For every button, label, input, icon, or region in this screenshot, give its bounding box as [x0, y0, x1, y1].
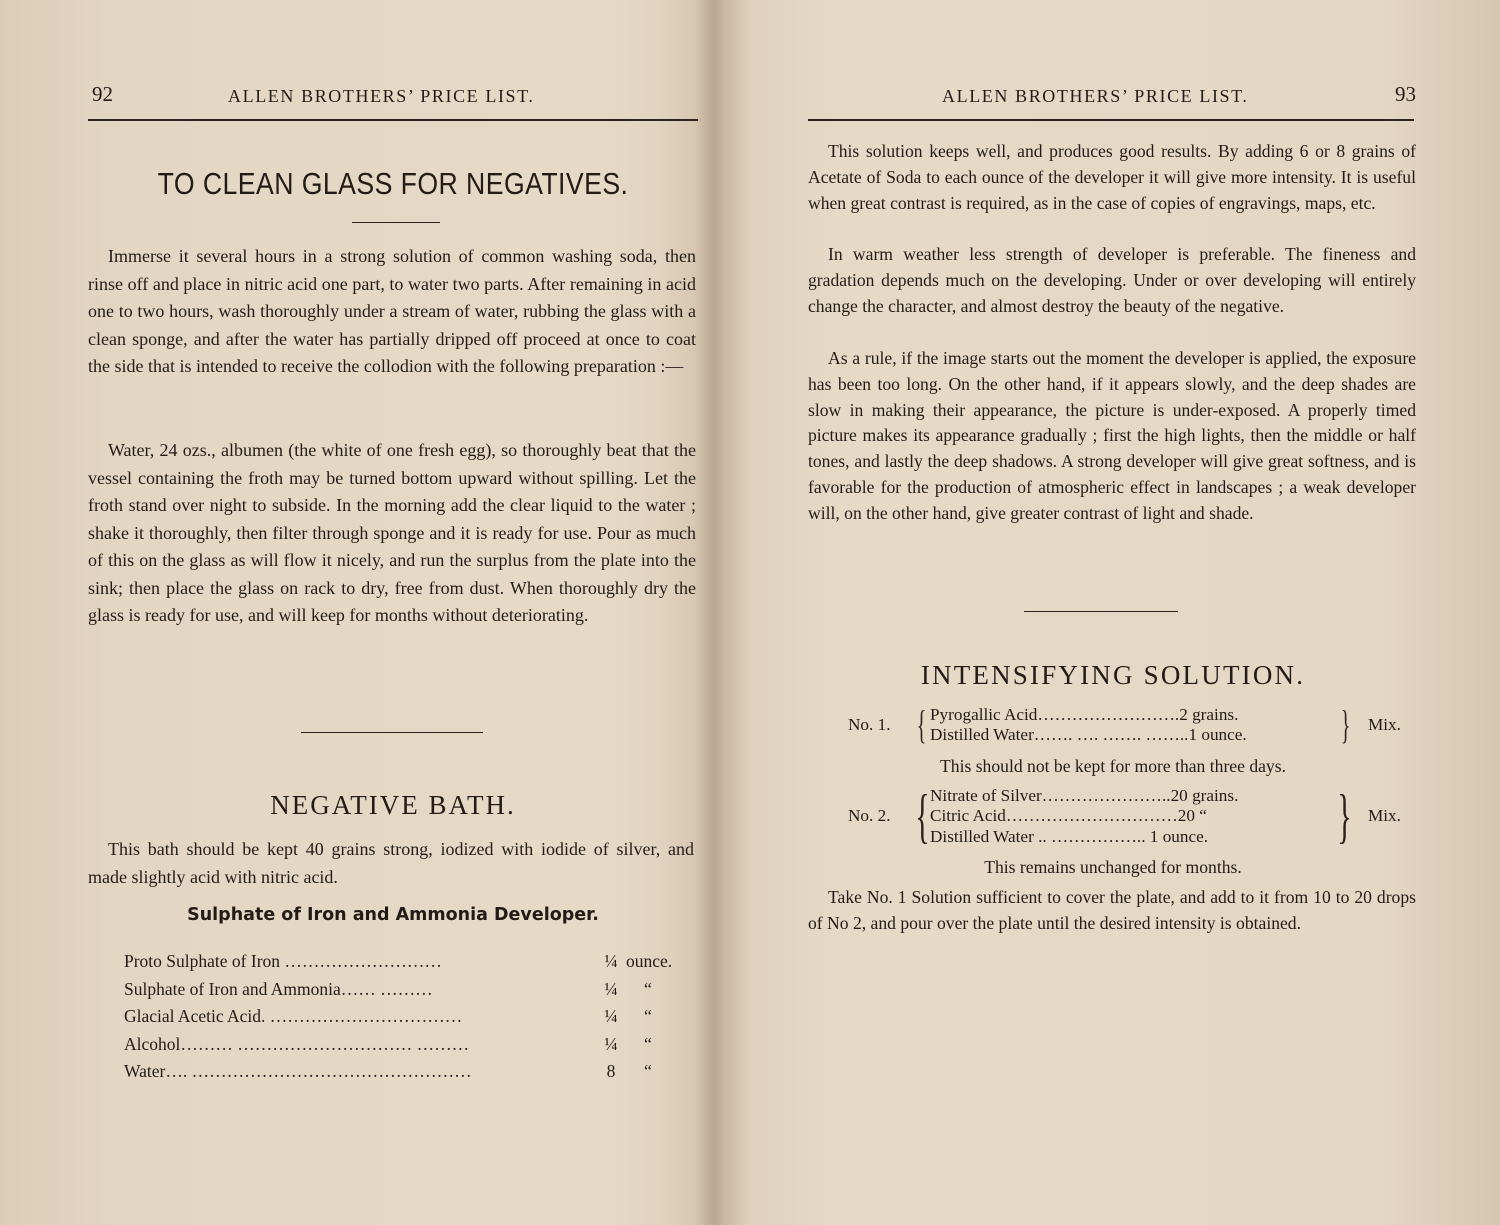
section-title-negative-bath: NEGATIVE BATH. — [88, 790, 698, 821]
recipe-title: Sulphate of Iron and Ammonia Developer. — [88, 905, 698, 925]
running-head-title: ALLEN BROTHERS’ PRICE LIST. — [228, 86, 535, 107]
header-rule — [808, 119, 1414, 121]
ingredient-name: Alcohol……… ………………………… ……… — [124, 1031, 469, 1059]
ingredient-amount: ¼ — [596, 976, 626, 1004]
formula-note: This remains unchanged for months. — [808, 857, 1418, 878]
recipe-row: Sulphate of Iron and Ammonia…… ……… ¼ “ — [124, 976, 654, 1004]
developer-recipe: Proto Sulphate of Iron ……………………… ¼ ounce… — [124, 948, 654, 1086]
left-page: 92 ALLEN BROTHERS’ PRICE LIST. TO CLEAN … — [88, 0, 698, 1225]
page-number: 93 — [1395, 82, 1416, 107]
ingredient-unit: “ — [644, 1031, 652, 1059]
ingredient-amount: 8 — [596, 1058, 626, 1086]
running-head: 92 ALLEN BROTHERS’ PRICE LIST. — [88, 82, 698, 110]
book-spread: 92 ALLEN BROTHERS’ PRICE LIST. TO CLEAN … — [0, 0, 1500, 1225]
ingredient-amount: ¼ — [596, 1031, 626, 1059]
formula-label: No. 2. — [848, 806, 891, 826]
header-rule — [88, 119, 698, 121]
formula-line: Pyrogallic Acid…………………….2 grains. — [930, 705, 1334, 725]
ingredient-unit: “ — [644, 1003, 652, 1031]
formula-line: Nitrate of Silver…………………..20 grains. — [930, 786, 1334, 806]
ingredient-amount: ¼ — [596, 948, 626, 976]
ingredient-amount: ¼ — [596, 1003, 626, 1031]
mix-instruction: Mix. — [1368, 715, 1401, 735]
ingredient-name: Proto Sulphate of Iron ……………………… — [124, 948, 442, 976]
section-divider — [301, 732, 483, 733]
section-divider — [1024, 611, 1178, 612]
recipe-row: Proto Sulphate of Iron ……………………… ¼ ounce… — [124, 948, 654, 976]
right-page: ALLEN BROTHERS’ PRICE LIST. 93 This solu… — [808, 0, 1418, 1225]
section-title-intensifying: INTENSIFYING SOLUTION. — [808, 660, 1418, 691]
left-brace: { — [915, 786, 929, 846]
ingredient-name: Water…. ………………………………………… — [124, 1058, 472, 1086]
formula-note: This should not be kept for more than th… — [808, 756, 1418, 777]
ingredient-name: Glacial Acetic Acid. …………………………… — [124, 1003, 462, 1031]
recipe-row: Water…. ………………………………………… 8 “ — [124, 1058, 654, 1086]
ingredient-unit: ounce. — [626, 948, 672, 976]
formula-label: No. 1. — [848, 715, 891, 735]
ingredient-unit: “ — [644, 976, 652, 1004]
paragraph: Water, 24 ozs., albumen (the white of on… — [88, 437, 696, 630]
paragraph: In warm weather less strength of develop… — [808, 242, 1416, 319]
formula-line: Distilled Water……. …. ……. ……..1 ounce. — [930, 725, 1334, 745]
paragraph: Immerse it several hours in a strong sol… — [88, 243, 696, 381]
paragraph: Take No. 1 Solution sufficient to cover … — [808, 885, 1416, 937]
formula-line: Citric Acid…………………………20 “ — [930, 806, 1334, 826]
page-number: 92 — [92, 82, 113, 107]
recipe-row: Glacial Acetic Acid. …………………………… ¼ “ — [124, 1003, 654, 1031]
recipe-row: Alcohol……… ………………………… ……… ¼ “ — [124, 1031, 654, 1059]
paragraph: This bath should be kept 40 grains stron… — [88, 836, 694, 891]
running-head-title: ALLEN BROTHERS’ PRICE LIST. — [942, 86, 1249, 107]
paragraph: As a rule, if the image starts out the m… — [808, 346, 1416, 527]
ingredient-unit: “ — [644, 1058, 652, 1086]
mix-instruction: Mix. — [1368, 806, 1401, 826]
section-divider — [352, 222, 440, 223]
section-title-clean-glass: TO CLEAN GLASS FOR NEGATIVES. — [131, 166, 656, 202]
right-brace: } — [1341, 705, 1351, 745]
paragraph: This solution keeps well, and produces g… — [808, 139, 1416, 216]
formula-line: Distilled Water .. …………….. 1 ounce. — [930, 827, 1334, 847]
left-brace: { — [917, 705, 927, 745]
running-head: ALLEN BROTHERS’ PRICE LIST. 93 — [808, 82, 1418, 110]
right-brace: } — [1337, 786, 1351, 846]
ingredient-name: Sulphate of Iron and Ammonia…… ……… — [124, 976, 433, 1004]
